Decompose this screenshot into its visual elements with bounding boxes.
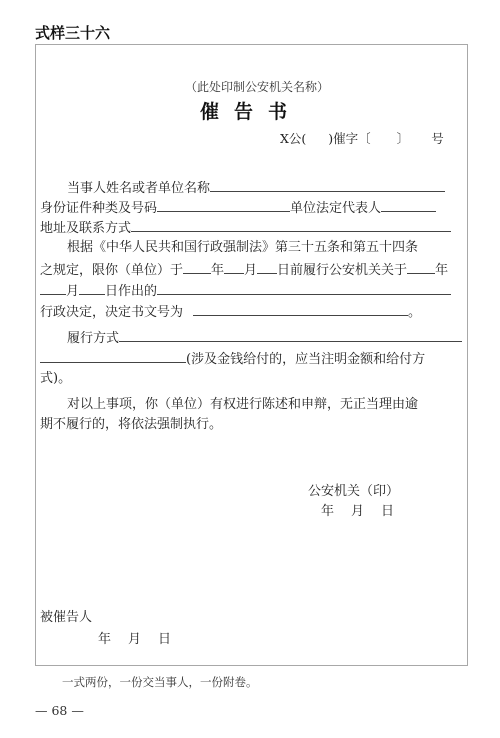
method-label: 履行方式 (67, 331, 119, 346)
para1-line1: 根据《中华人民共和国行政强制法》第三十五条和第五十四条 (67, 238, 418, 258)
method-field-cont[interactable] (40, 348, 186, 363)
decision-day-field[interactable] (79, 280, 105, 295)
decision-month-field[interactable] (40, 280, 66, 295)
legal-rep-field[interactable] (381, 197, 436, 212)
decision-year-field[interactable] (407, 259, 435, 274)
para1-line3: 月日作出的 (40, 280, 451, 302)
decision-doc-number-field[interactable] (193, 301, 408, 316)
recipient-label: 被催告人 (40, 606, 92, 625)
method-note-end: 式)。 (40, 369, 71, 389)
form-label: 式样三十六 (35, 22, 110, 43)
page-number: — 68 — (35, 703, 84, 718)
party-name-label: 当事人姓名或者单位名称 (67, 181, 210, 196)
method-note-row: (涉及金钱给付的，应当注明金额和给付方 (40, 348, 425, 370)
deadline-day-field[interactable] (257, 259, 277, 274)
method-field[interactable] (119, 327, 462, 342)
para1-line4: 行政决定，决定书文号为。 (40, 301, 421, 323)
para2-line1: 对以上事项，你（单位）有权进行陈述和申辩，无正当理由逾 (67, 395, 418, 415)
deadline-year-field[interactable] (183, 259, 211, 274)
agency-name-placeholder: （此处印制公安机关名称） (185, 78, 329, 95)
id-label: 身份证件种类及号码 (40, 201, 157, 216)
document-number: X公()催字〔〕号 (280, 129, 444, 147)
decision-content-field[interactable] (157, 280, 451, 295)
address-field[interactable] (131, 217, 451, 232)
doc-number-mid: )催字〔 (328, 129, 370, 147)
deadline-month-field[interactable] (224, 259, 244, 274)
document-title: 催告书 (200, 97, 302, 124)
para1-line2: 之规定，限你（单位）于年月日前履行公安机关关于年 (40, 259, 448, 281)
address-row: 地址及联系方式 (40, 217, 451, 239)
copies-note: 一式两份，一份交当事人，一份附卷。 (62, 674, 258, 690)
legal-rep-label: 单位法定代表人 (290, 201, 381, 216)
recipient-date: 年 月 日 (98, 628, 173, 647)
doc-number-suffix: 号 (431, 129, 444, 147)
address-label: 地址及联系方式 (40, 221, 131, 236)
agency-seal: 公安机关（印） (308, 480, 399, 499)
para2-line2: 期不履行的，将依法强制执行。 (40, 415, 222, 435)
doc-number-close: 〕 (397, 129, 410, 147)
id-field[interactable] (157, 197, 290, 212)
id-row: 身份证件种类及号码单位法定代表人 (40, 197, 436, 219)
doc-number-prefix: X公( (280, 129, 306, 147)
party-name-row: 当事人姓名或者单位名称 (67, 177, 445, 199)
method-row: 履行方式 (67, 327, 462, 349)
party-name-field[interactable] (210, 177, 445, 192)
agency-date: 年 月 日 (321, 500, 396, 519)
